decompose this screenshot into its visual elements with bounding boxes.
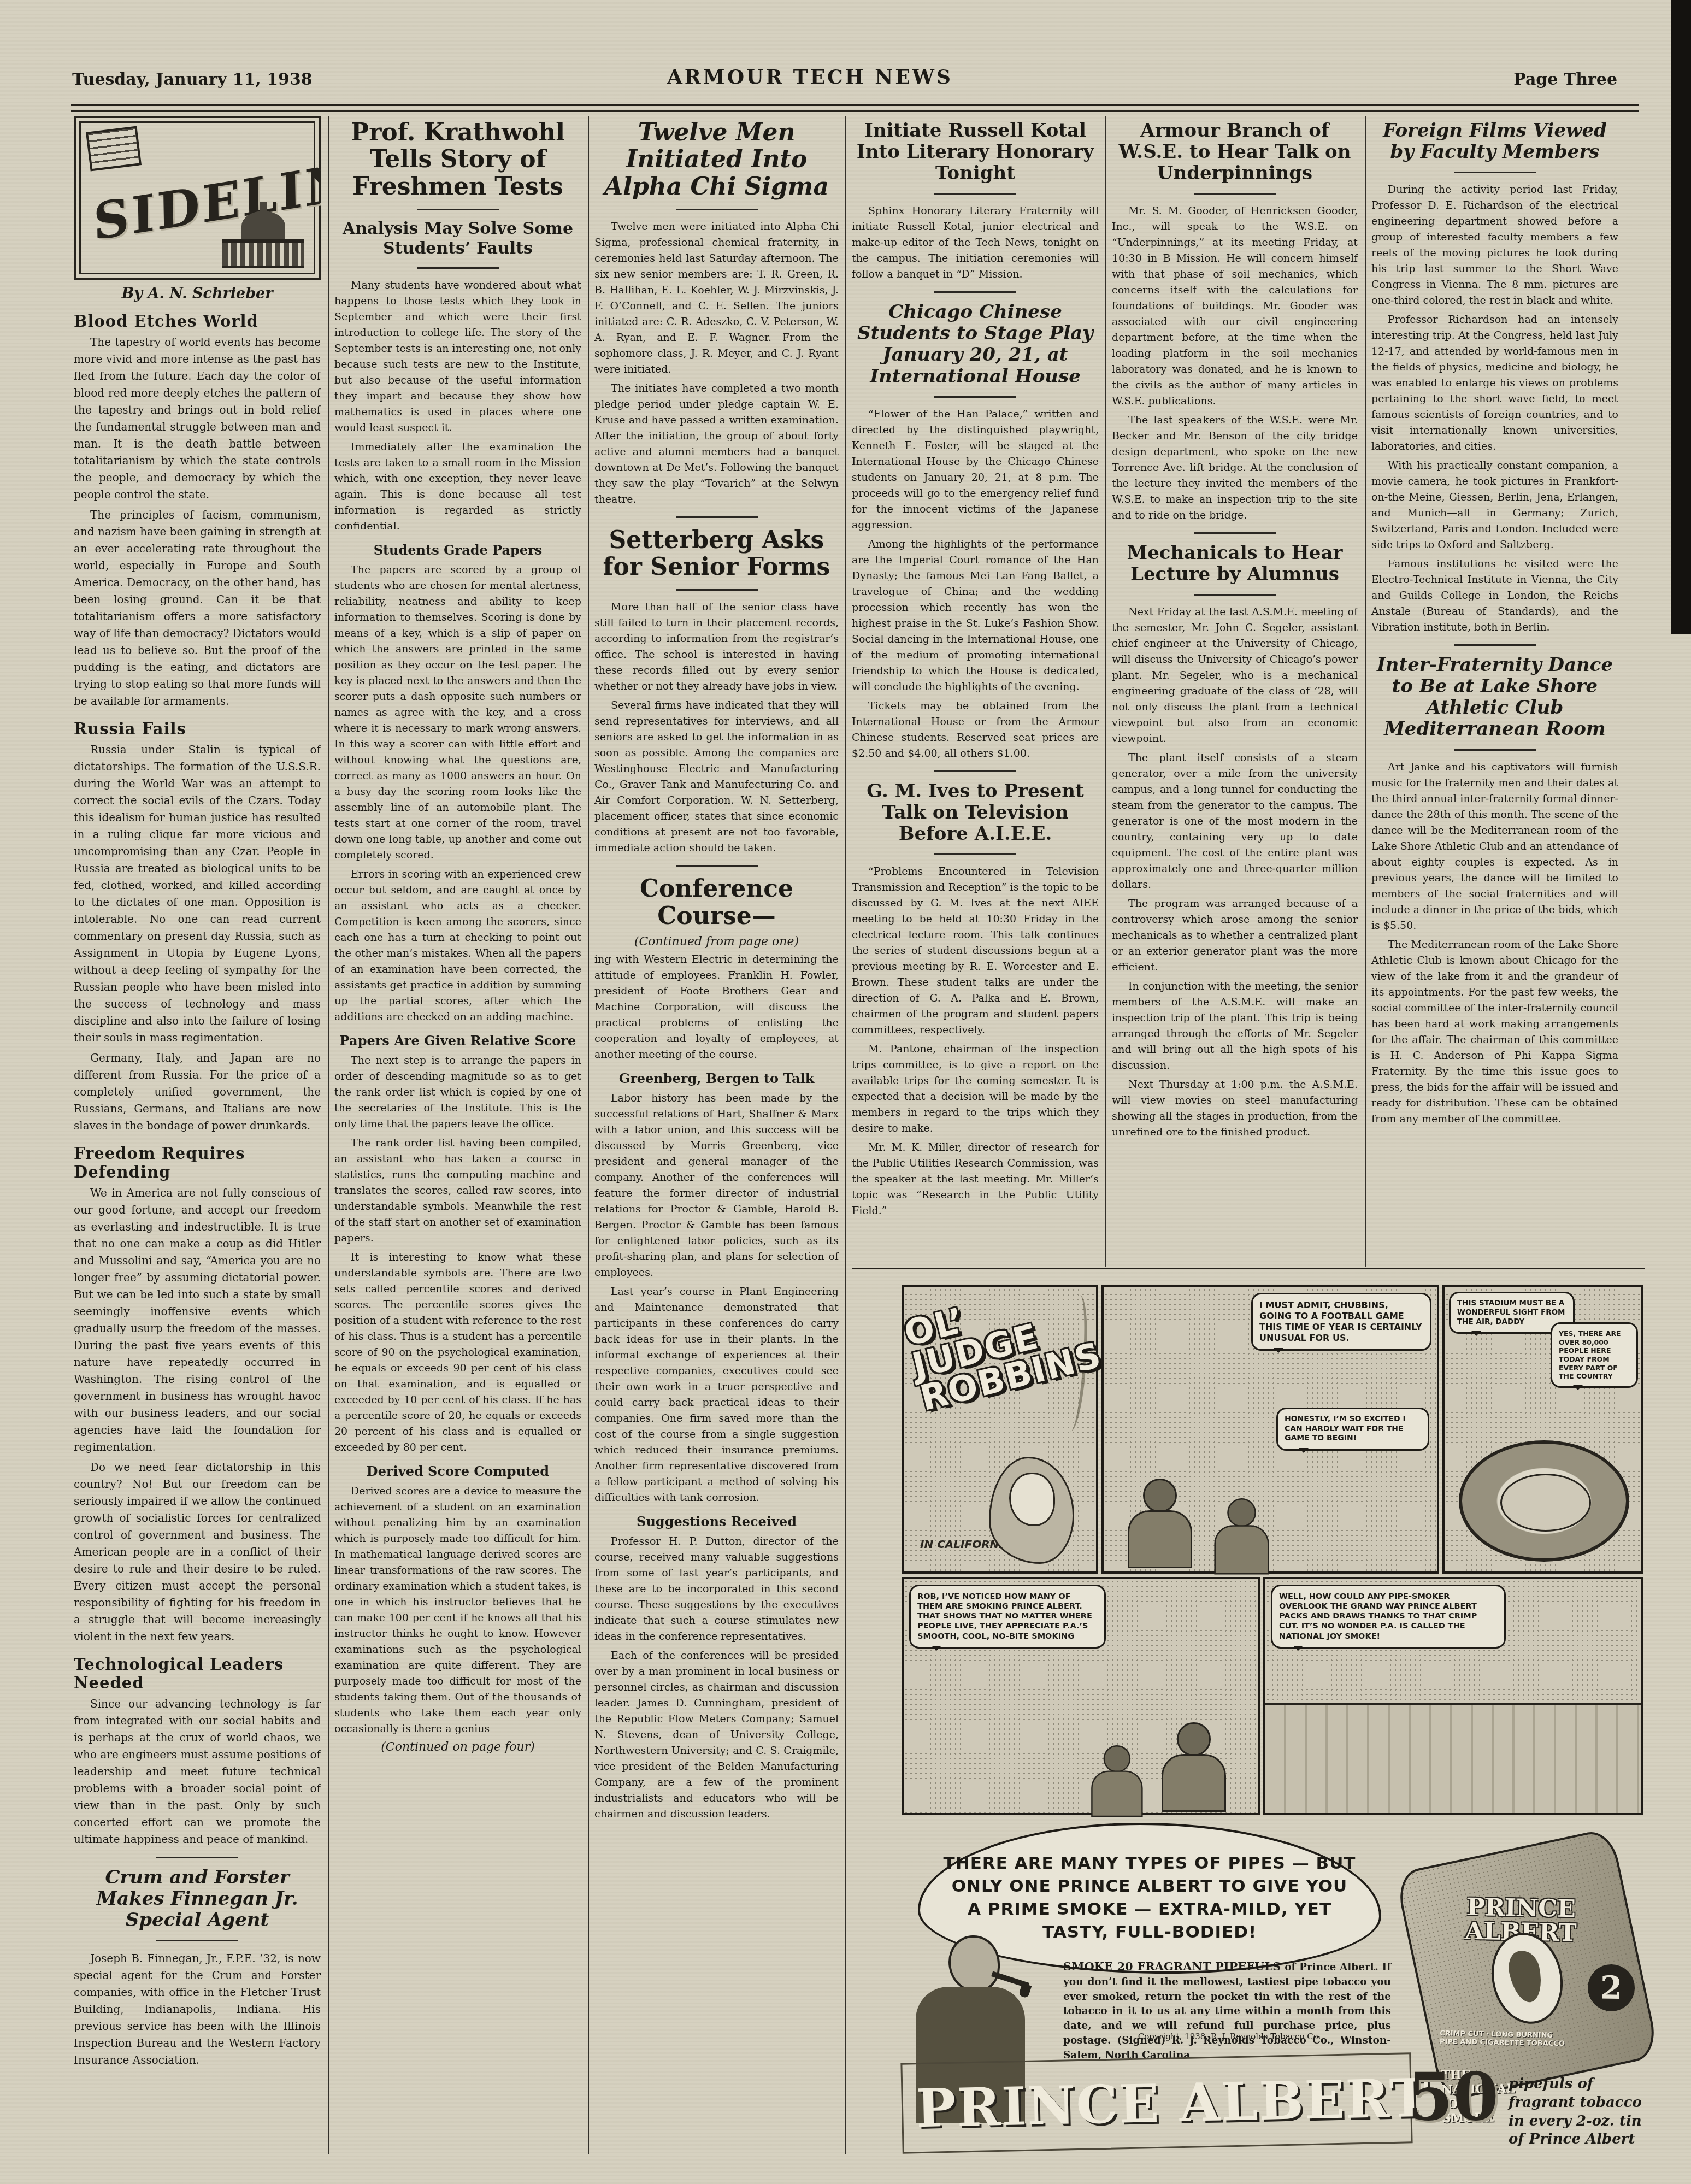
comic-panel-3: This stadium must be a wonderful sight f… (1442, 1285, 1643, 1574)
paragraph: “Problems Encountered in Television Tran… (852, 864, 1099, 1038)
column-blocks: Armour Branch of W.S.E. to Hear Talk on … (1112, 120, 1358, 1140)
speech-balloon: Rob, I’ve noticed how many of them are s… (909, 1585, 1106, 1649)
column-blocks: Foreign Films Viewed by Faculty MembersD… (1371, 120, 1618, 1127)
paragraph: Many students have wondered about what h… (334, 278, 581, 436)
scan-artifact (1671, 0, 1691, 634)
column-rule (588, 116, 589, 2154)
speech-balloon: Well, how could any pipe-smoker overlook… (1271, 1585, 1506, 1649)
paragraph: With his practically constant companion,… (1371, 458, 1618, 553)
column-alpha-chi: Twelve Men Initiated Into Alpha Chi Sigm… (594, 116, 839, 2159)
paragraph: In conjunction with the meeting, the sen… (1112, 979, 1358, 1074)
header-rule-top (71, 104, 1639, 106)
stadium-aerial-art (1459, 1440, 1629, 1562)
brand-name: PRINCE ALBERT (916, 2067, 1430, 2139)
section-heading: Freedom Requires Defending (74, 1144, 321, 1181)
comic-panel-4: Rob, I’ve noticed how many of them are s… (902, 1577, 1260, 1815)
divider-rule (1454, 749, 1536, 751)
divider-rule (417, 267, 499, 269)
divider-rule (934, 770, 1016, 772)
paragraph: Sphinx Honorary Literary Fraternity will… (852, 203, 1099, 282)
article-subhead: Students Grade Papers (334, 542, 581, 558)
comic-panel-5: Well, how could any pipe-smoker overlook… (1263, 1577, 1643, 1815)
article-headline: Initiate Russell Kotal Into Literary Hon… (852, 120, 1099, 184)
paragraph: “Flower of the Han Palace,” written and … (852, 407, 1099, 533)
divider-rule (1194, 532, 1276, 534)
column-blocks: Prof. Krathwohl Tells Story of Freshmen … (334, 119, 581, 1754)
article-headline: G. M. Ives to Present Talk on Television… (852, 781, 1099, 845)
crowd-figure-art (1089, 1745, 1142, 1815)
paragraph: The plant itself consists of a steam gen… (1112, 750, 1358, 893)
paragraph: Russia under Stalin is typical of dictat… (74, 741, 321, 1046)
paragraph: Do we need fear dictatorship in this cou… (74, 1459, 321, 1645)
column-rule (845, 116, 846, 2154)
paragraph: The principles of facism, communism, and… (74, 507, 321, 710)
paragraph: M. Pantone, chairman of the inspection t… (852, 1041, 1099, 1137)
divider-rule (676, 209, 758, 210)
paragraph: Mr. S. M. Gooder, of Henricksen Gooder, … (1112, 203, 1358, 409)
speech-balloon: I must admit, Chubbins, going to a footb… (1251, 1293, 1431, 1351)
paragraph: Since our advancing technology is far fr… (74, 1696, 321, 1848)
paragraph: The program was arranged because of a co… (1112, 896, 1358, 975)
paragraph: Next Thursday at 1:00 p.m. the A.S.M.E. … (1112, 1077, 1358, 1140)
article-headline: Prof. Krathwohl Tells Story of Freshmen … (334, 119, 581, 200)
ad-copyright: Copyright, 1938, R. J. Reynolds Tobacco … (1076, 2032, 1382, 2041)
column-kotal: Initiate Russell Kotal Into Literary Hon… (852, 116, 1099, 1263)
paragraph: More than half of the senior class have … (594, 599, 839, 694)
divider-rule (1194, 193, 1276, 195)
divider-rule (676, 865, 758, 867)
comic-title-panel: OL’ JUDGE ROBBINS IN CALIFORNIA (902, 1285, 1098, 1574)
paragraph: During the activity period last Friday, … (1371, 182, 1618, 309)
football-field-art (1265, 1703, 1641, 1813)
continuation-note: (Continued from page one) (594, 935, 839, 949)
section-heading: Technological Leaders Needed (74, 1655, 321, 1692)
column-rule (1105, 116, 1106, 1267)
paragraph: Among the highlights of the performance … (852, 537, 1099, 695)
speech-balloon: Yes, there are over 80,000 people here t… (1551, 1322, 1638, 1388)
header-rule-bottom (71, 110, 1639, 112)
newspaper-page: Tuesday, January 11, 1938 ARMOUR TECH NE… (0, 0, 1691, 2184)
paragraph: Mr. M. K. Miller, director of research f… (852, 1140, 1099, 1219)
column-sidelines: SIDELINES By A. N. SchrieberBlood Etches… (74, 116, 321, 2159)
divider-rule (156, 1940, 238, 1941)
capitol-dome-icon (222, 211, 304, 268)
article-headline: Conference Course— (594, 875, 839, 929)
column-blocks: By A. N. SchrieberBlood Etches WorldThe … (74, 285, 321, 2069)
ad-top-rule (852, 1268, 1645, 1269)
divider-rule (1194, 594, 1276, 596)
paragraph: Several firms have indicated that they w… (594, 698, 839, 856)
tin-crimp-label: CRIMP CUT · LONG BURNING PIPE AND CIGARE… (1440, 2029, 1565, 2048)
paragraph: The next step is to arrange the papers i… (334, 1053, 581, 1132)
offer-body: of Prince Albert. If you don’t find it t… (1063, 1962, 1391, 2061)
column-krathwohl: Prof. Krathwohl Tells Story of Freshmen … (334, 116, 581, 2159)
paragraph: It is interesting to know what these und… (334, 1250, 581, 1456)
article-headline: Mechanicals to Hear Lecture by Alumnus (1112, 543, 1358, 585)
paragraph: Famous institutions he visited were the … (1371, 556, 1618, 635)
notepad-icon (86, 126, 142, 172)
divider-rule (934, 193, 1016, 195)
paragraph: The tapestry of world events has become … (74, 334, 321, 503)
paragraph: Professor Richardson had an intensely in… (1371, 312, 1618, 455)
paragraph: Labor history has been made by the succe… (594, 1091, 839, 1281)
divider-rule (934, 853, 1016, 855)
column-foreign-films: Foreign Films Viewed by Faculty MembersD… (1371, 116, 1618, 1263)
offer-lead: SMOKE 20 FRAGRANT PIPEFULS (1063, 1959, 1281, 1973)
column-rule (1365, 116, 1366, 1267)
section-heading: Blood Etches World (74, 312, 321, 331)
article-headline: Chicago Chinese Students to Stage Play J… (852, 302, 1099, 387)
divider-rule (676, 589, 758, 591)
fifty-caption: pipefuls of fragrant tobacco in every 2-… (1509, 2075, 1642, 2149)
divider-rule (1454, 172, 1536, 173)
section-heading: Russia Fails (74, 720, 321, 738)
column-blocks: Initiate Russell Kotal Into Literary Hon… (852, 120, 1099, 1219)
paragraph: Each of the conferences will be presided… (594, 1648, 839, 1822)
column-rule (328, 116, 329, 2154)
paragraph: Art Janke and his captivators will furni… (1371, 760, 1618, 934)
paragraph: Twelve men were initiated into Alpha Chi… (594, 219, 839, 378)
article-subhead: Derived Score Computed (334, 1463, 581, 1479)
article-headline: Armour Branch of W.S.E. to Hear Talk on … (1112, 120, 1358, 184)
paragraph: Errors in scoring with an experienced cr… (334, 867, 581, 1025)
paragraph: Immediately after the examination the te… (334, 439, 581, 534)
divider-rule (156, 1857, 238, 1858)
article-subhead: Analysis May Solve Some Students’ Faults (334, 219, 581, 258)
divider-rule (1454, 644, 1536, 646)
page-number: Page Three (1513, 70, 1617, 89)
comic-title: OL’ JUDGE ROBBINS (902, 1287, 1053, 1416)
article-subhead: Papers Are Given Relative Score (334, 1033, 581, 1049)
continuation-note: (Continued on page four) (334, 1740, 581, 1754)
prince-albert-ad: OL’ JUDGE ROBBINS IN CALIFORNIA I must a… (896, 1276, 1646, 2167)
chubbins-figure-art (1212, 1498, 1268, 1573)
brand-banner: PRINCE ALBERT THE NATIONAL JOY SMOKE (900, 2052, 1412, 2154)
article-headline: Inter-Fraternity Dance to Be at Lake Sho… (1371, 655, 1618, 740)
paragraph: Derived scores are a device to measure t… (334, 1484, 581, 1737)
article-subhead: Suggestions Received (594, 1514, 839, 1529)
speech-balloon: Honestly, I’m so excited I can hardly wa… (1276, 1408, 1429, 1451)
column-blocks: Twelve Men Initiated Into Alpha Chi Sigm… (594, 119, 839, 1822)
rob-figure-art (1159, 1722, 1225, 1810)
comic-panel-2: I must admit, Chubbins, going to a footb… (1101, 1285, 1439, 1574)
divider-rule (417, 209, 499, 210)
fifty-number: 50 (1407, 2068, 1499, 2127)
judge-figure-art (1126, 1479, 1191, 1566)
paragraph: The Mediterranean room of the Lake Shore… (1371, 937, 1618, 1127)
paragraph: The papers are scored by a group of stud… (334, 562, 581, 863)
paragraph: We in America are not fully conscious of… (74, 1185, 321, 1456)
fifty-pipefuls: 50 pipefuls of fragrant tobacco in every… (1407, 2068, 1642, 2149)
tin-size-badge: 2 (1587, 1964, 1635, 2011)
paragraph: ing with Western Electric in determining… (594, 952, 839, 1063)
byline: By A. N. Schrieber (74, 285, 321, 302)
offer-text: SMOKE 20 FRAGRANT PIPEFULS of Prince Alb… (1063, 1958, 1391, 2063)
paragraph: Next Friday at the last A.S.M.E. meeting… (1112, 604, 1358, 747)
article-headline: Crum and Forster Makes Finnegan Jr. Spec… (74, 1867, 321, 1931)
masthead-title: ARMOUR TECH NEWS (0, 66, 1620, 89)
sidelines-masthead: SIDELINES (74, 116, 321, 280)
article-headline: Twelve Men Initiated Into Alpha Chi Sigm… (594, 119, 839, 200)
judge-face-art (989, 1457, 1074, 1564)
article-subhead: Greenberg, Bergen to Talk (594, 1070, 839, 1086)
divider-rule (676, 516, 758, 518)
divider-rule (934, 291, 1016, 293)
divider-rule (934, 396, 1016, 398)
paragraph: Last year’s course in Plant Engineering … (594, 1284, 839, 1506)
article-headline: Setterberg Asks for Senior Forms (594, 527, 839, 581)
paragraph: Joseph B. Finnegan, Jr., F.P.E. ’32, is … (74, 1950, 321, 2069)
paragraph: The last speakers of the W.S.E. were Mr.… (1112, 413, 1358, 523)
column-wse: Armour Branch of W.S.E. to Hear Talk on … (1112, 116, 1358, 1263)
paragraph: Germany, Italy, and Japan are no differe… (74, 1050, 321, 1134)
paragraph: Professor H. P. Dutton, director of the … (594, 1534, 839, 1645)
paragraph: The initiates have completed a two month… (594, 381, 839, 508)
paragraph: Tickets may be obtained from the Interna… (852, 698, 1099, 762)
article-headline: Foreign Films Viewed by Faculty Members (1371, 120, 1618, 163)
paragraph: The rank order list having been compiled… (334, 1135, 581, 1246)
